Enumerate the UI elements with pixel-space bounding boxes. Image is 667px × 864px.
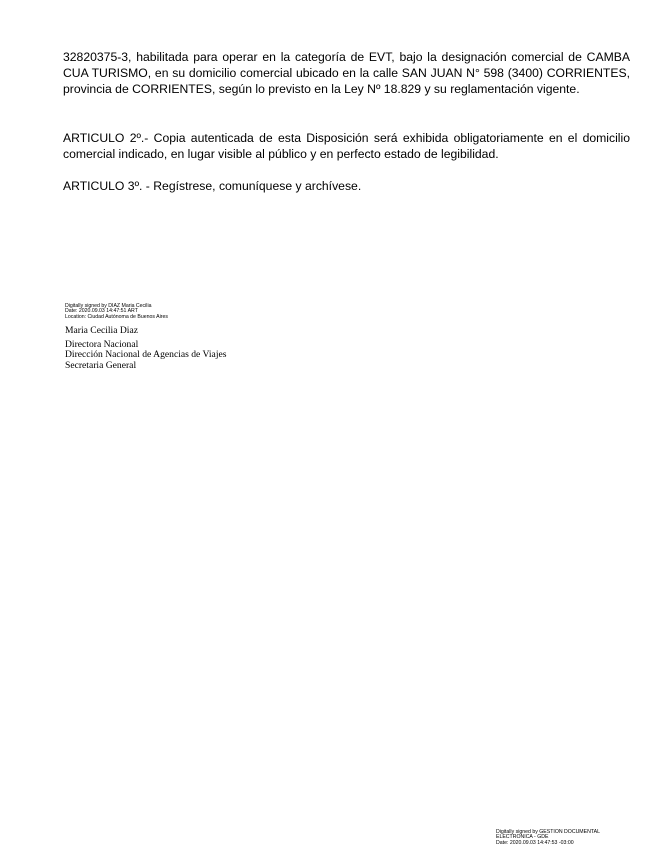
- signatory-department: Secretaria General: [65, 361, 226, 372]
- gde-date: Date: 2020.09.03 14:47:53 -03:00: [496, 841, 600, 846]
- gde-signature-stamp: Digitally signed by GESTION DOCUMENTAL E…: [496, 830, 600, 846]
- signature-location: Location: Ciudad Autónoma de Buenos Aire…: [65, 315, 168, 320]
- digital-signature-metadata: Digitally signed by DIAZ Maria Cecilia D…: [65, 304, 168, 320]
- signatory-block: Maria Cecilia Diaz Directora Nacional Di…: [65, 326, 226, 371]
- signatory-office: Dirección Nacional de Agencias de Viajes: [65, 350, 226, 361]
- paragraph-text: 32820375-3, habilitada para operar en la…: [63, 49, 630, 97]
- paragraph-articulo-2: ARTICULO 2º.- Copia autenticada de esta …: [63, 130, 630, 162]
- paragraph-articulo-3: ARTICULO 3º. - Regístrese, comuníquese y…: [63, 178, 630, 194]
- paragraph-authorization: 32820375-3, habilitada para operar en la…: [63, 49, 630, 97]
- paragraph-text: ARTICULO 2º.- Copia autenticada de esta …: [63, 130, 630, 162]
- signatory-name: Maria Cecilia Diaz: [65, 326, 226, 337]
- paragraph-text: ARTICULO 3º. - Regístrese, comuníquese y…: [63, 178, 630, 194]
